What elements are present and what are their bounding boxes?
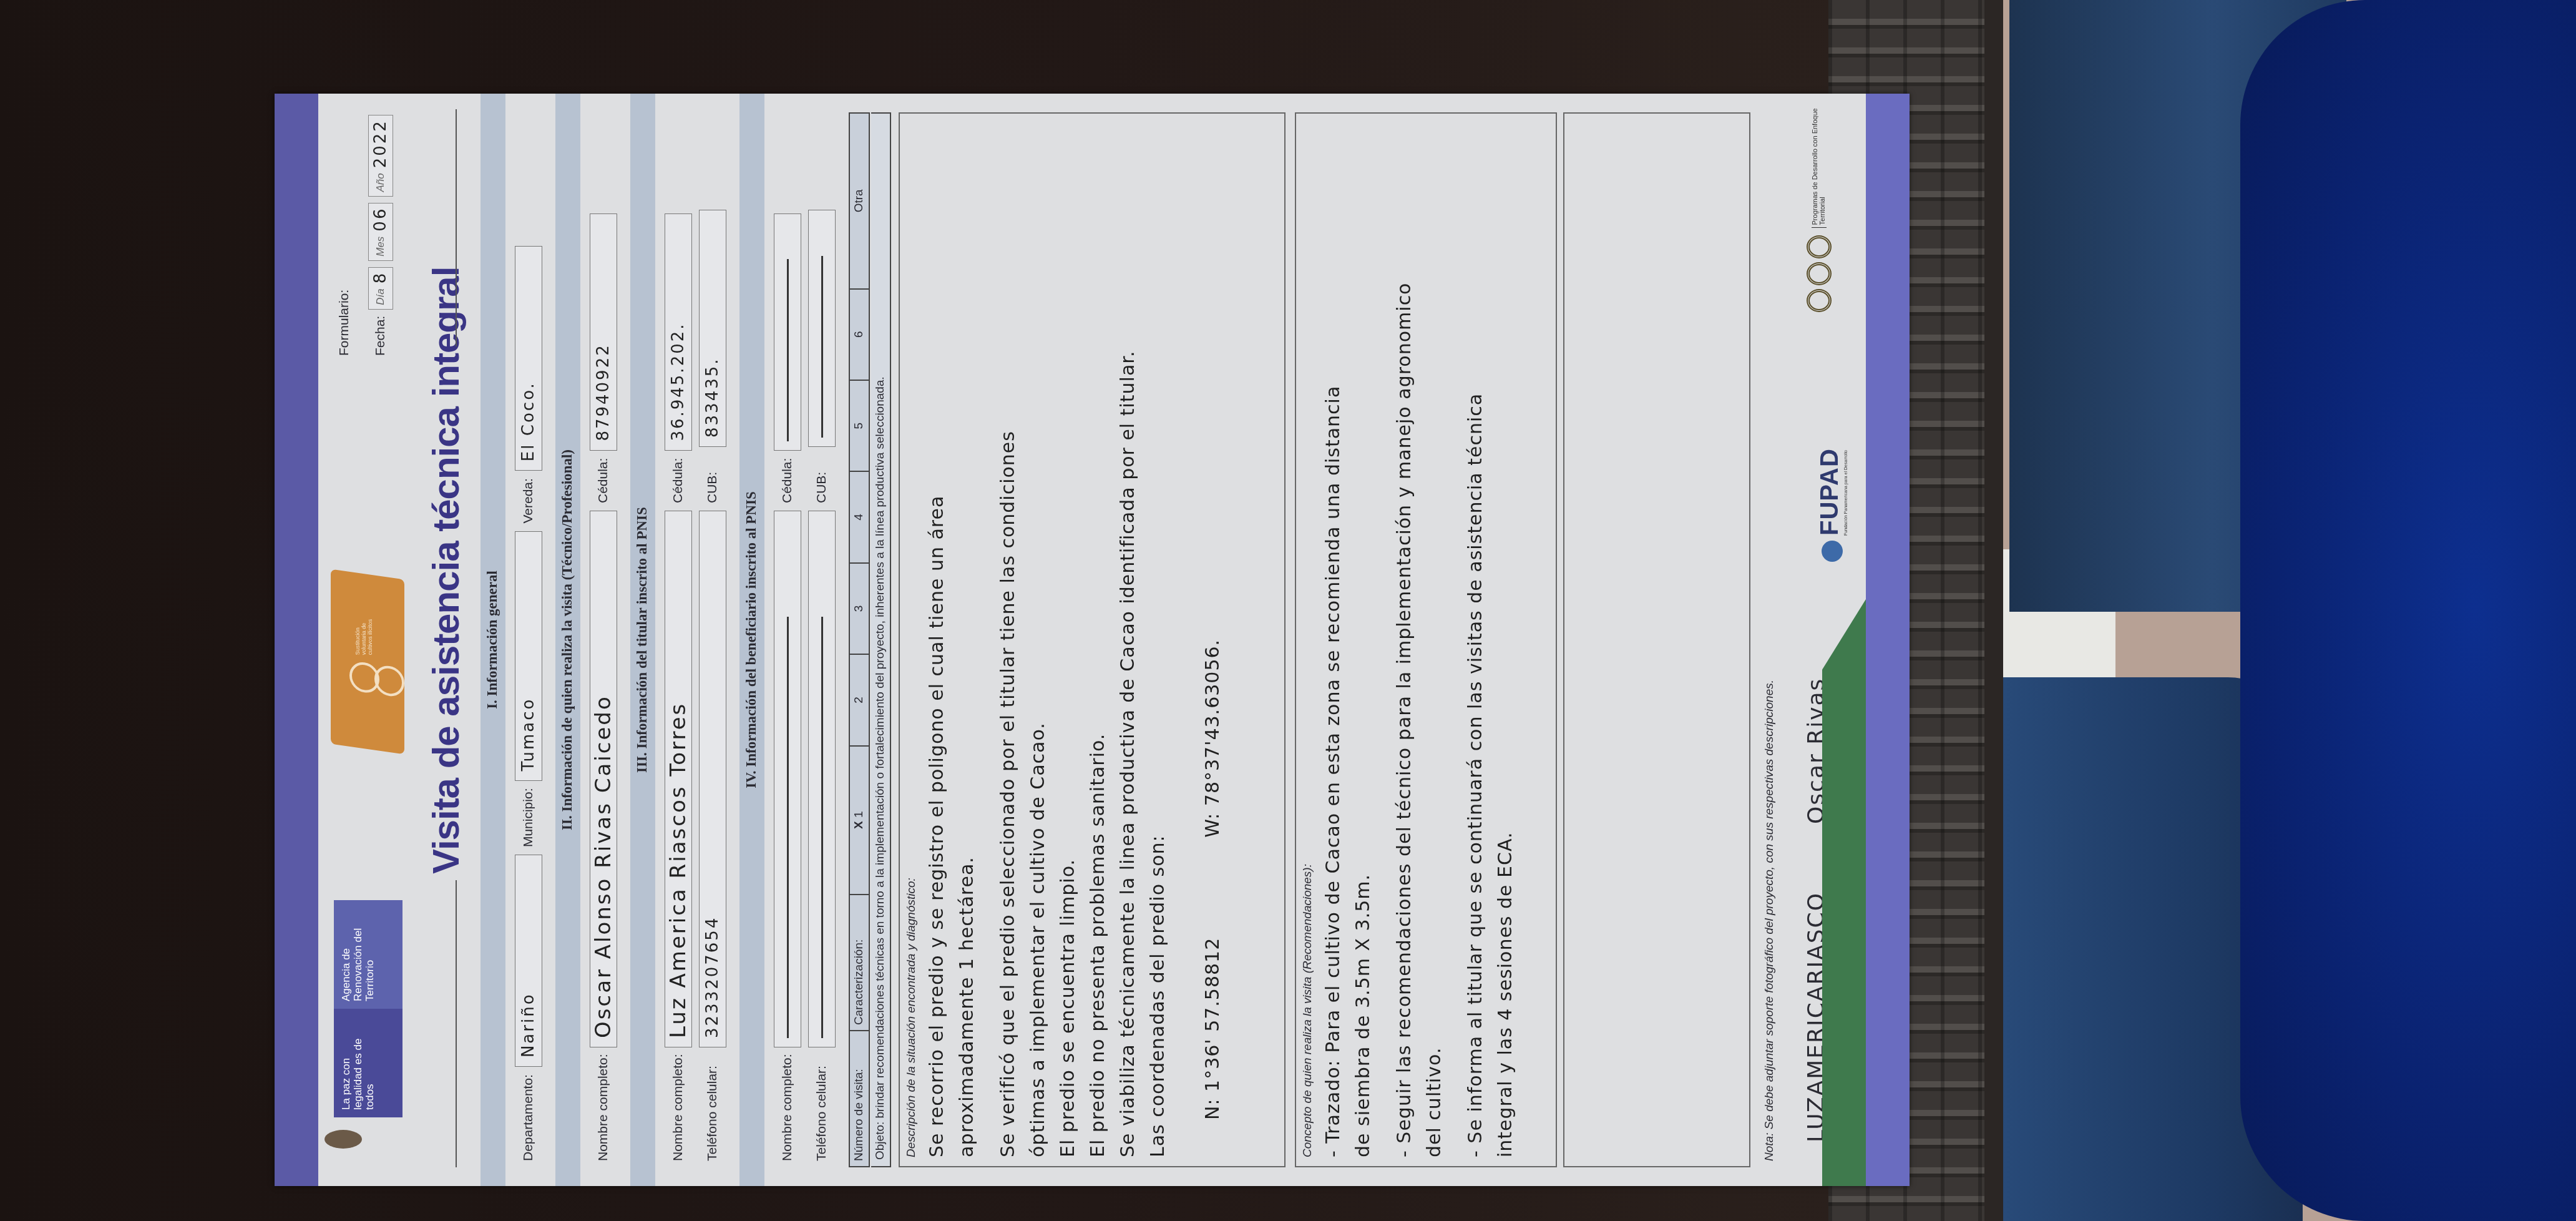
caracterizacion-label: Caracterización: <box>849 895 869 1031</box>
visit-option-6[interactable]: 6 <box>849 289 869 380</box>
descripcion-line: Se viabiliza técnicamente la linea produ… <box>1113 122 1143 1157</box>
pdet-label: Programas de Desarrollo con Enfoque Terr… <box>1812 94 1827 228</box>
tecnico-name-field[interactable]: Oscar Alonso Rivas Caicedo <box>590 511 617 1047</box>
beneficiario-phone-field[interactable] <box>808 511 836 1047</box>
concepto-line: del cultivo. <box>1420 122 1450 1157</box>
divider <box>456 109 457 346</box>
descripcion-line: Las coordenadas del predio son: <box>1143 122 1173 1157</box>
fupad-subtitle: Fundación Panamericana para el Desarroll… <box>1844 448 1848 536</box>
spiral-icon <box>1807 289 1832 312</box>
titular-phone-field[interactable]: 3233207654 <box>699 511 726 1047</box>
visit-option-4[interactable]: 4 <box>849 471 869 562</box>
descripcion-line: El predio no presenta problemas sanitari… <box>1083 122 1113 1157</box>
concepto-box[interactable]: Concepto de quien realiza la visita (Rec… <box>1295 112 1557 1167</box>
municipio-label: Municipio: <box>521 788 536 848</box>
visit-option-1[interactable]: X 1 <box>849 746 869 895</box>
descripcion-caption: Descripción de la situación encontrada y… <box>905 122 919 1157</box>
concepto-line: - Trazado: Para el cultivo de Cacao en e… <box>1319 122 1349 1157</box>
descripcion-line: El predio se encuentra limpio. <box>1053 122 1083 1157</box>
vereda-field[interactable]: El Coco. <box>515 246 542 471</box>
beneficiario-cub-field[interactable] <box>808 210 836 447</box>
spiral-icon <box>1807 235 1832 258</box>
purple-footer-band <box>1866 94 1910 1186</box>
beneficiario-cedula-field[interactable] <box>774 213 801 451</box>
beneficiario-name-field[interactable] <box>774 511 801 1047</box>
descripcion-line: Se recorrio el predio y se registro el p… <box>922 122 952 1157</box>
visit-option-3[interactable]: 3 <box>849 563 869 654</box>
coordinates: N: 1°36' 57.58812 W: 78°37'43.63056. <box>1198 122 1228 1157</box>
cedula-label: Cédula: <box>596 458 611 503</box>
tecnico-cedula-field[interactable]: 87940922 <box>590 213 617 451</box>
coord-north: N: 1°36' 57.58812 <box>1198 938 1228 1120</box>
concepto-caption: Concepto de quien realiza la visita (Rec… <box>1301 122 1315 1157</box>
day-box[interactable]: Día8 <box>368 267 393 310</box>
fecha-label: Fecha: <box>373 316 388 356</box>
crossed-out-line <box>821 617 823 1038</box>
numero-visita-label: Número de visita: <box>849 1031 869 1167</box>
titular-row-2: Teléfono celular: 3233207654 CUB: 833435… <box>699 119 726 1161</box>
crossed-out-line <box>787 259 789 441</box>
year-box[interactable]: Año2022 <box>368 115 393 196</box>
purple-header-band <box>275 94 318 1186</box>
crossed-out-line <box>821 256 823 438</box>
form-document: La paz con legalidad es de todos Agencia… <box>275 94 1910 1186</box>
titular-cub-field[interactable]: 833435. <box>699 210 726 447</box>
departamento-field[interactable]: Nariño <box>515 855 542 1067</box>
section-4-title: IV. Información del beneficiario inscrit… <box>743 94 759 1186</box>
concepto-line: integral y las 4 sesiones de ECA. <box>1491 122 1521 1157</box>
descripcion-line: óptimas a implementar el cultivo de Caca… <box>1023 122 1053 1157</box>
section-1-title: I. Información general <box>484 94 500 1186</box>
descripcion-line: aproximadamente 1 hectárea. <box>952 122 982 1157</box>
titular-cedula-field[interactable]: 36.945.202. <box>665 213 692 451</box>
cedula-label: Cédula: <box>671 458 686 503</box>
section-2-title: II. Información de quien realiza la visi… <box>559 94 575 1186</box>
year-value: 2022 <box>371 119 390 168</box>
month-box[interactable]: Mes06 <box>368 203 393 261</box>
section-3-title: III. Información del titular inscrito al… <box>634 94 650 1186</box>
photo-support-box[interactable] <box>1563 112 1750 1167</box>
visit-option-5[interactable]: 5 <box>849 380 869 471</box>
month-label: Mes <box>374 237 387 257</box>
municipio-field[interactable]: Tumaco <box>515 531 542 781</box>
date-field: Fecha: Día8 Mes06 Año2022 <box>368 115 393 356</box>
visit-number-table: Número de visita: Caracterización: X 1 2… <box>849 112 870 1167</box>
pnis-label: Sustitución voluntaria de cultivos ilíci… <box>354 605 373 655</box>
visit-option-label: 1 <box>852 812 866 818</box>
concepto-line: - Se informa al titular que se continuar… <box>1461 122 1491 1157</box>
paper-sheet: La paz con legalidad es de todos Agencia… <box>275 94 1910 1186</box>
year-label: Año <box>374 173 387 192</box>
visit-option-2[interactable]: 2 <box>849 654 869 745</box>
formulario-label: Formulario: <box>337 290 352 356</box>
spiral-icon <box>1807 262 1832 285</box>
titular-name-field[interactable]: Luz America Riascos Torres <box>665 511 692 1047</box>
descripcion-box[interactable]: Descripción de la situación encontrada y… <box>899 112 1286 1167</box>
concepto-line: - Seguir las recomendaciones del técnico… <box>1390 122 1420 1157</box>
gov-slogan: La paz con legalidad es de todos <box>334 1009 402 1117</box>
departamento-label: Departamento: <box>521 1074 536 1161</box>
tecnico-row: Nombre completo: Oscar Alonso Rivas Caic… <box>590 119 617 1161</box>
telefono-label: Teléfono celular: <box>705 1055 720 1161</box>
objeto-text: Objeto: brindar recomendaciones técnicas… <box>871 112 891 1167</box>
crossed-out-line <box>787 617 789 1038</box>
telefono-label: Teléfono celular: <box>814 1055 829 1161</box>
cub-label: CUB: <box>814 454 829 503</box>
pdet-logo: Programas de Desarrollo con Enfoque Terr… <box>1807 94 1832 312</box>
beneficiario-row-2: Teléfono celular: CUB: <box>808 119 836 1161</box>
globe-icon <box>1822 541 1843 562</box>
month-value: 06 <box>371 207 390 232</box>
divider <box>456 880 457 1167</box>
concepto-line: de siembra de 3.5m X 3.5m. <box>1349 122 1378 1157</box>
chair-frame <box>1984 0 2003 1221</box>
visit-option-otra[interactable]: Otra <box>849 113 869 289</box>
vereda-label: Vereda: <box>521 478 536 523</box>
fupad-name: FUPAD <box>1816 448 1844 536</box>
pnis-logo: Sustitución voluntaria de cultivos ilíci… <box>331 569 404 755</box>
art-logo: La paz con legalidad es de todos Agencia… <box>334 900 402 1117</box>
government-shield-icon <box>324 1130 362 1149</box>
beneficiario-row-1: Nombre completo: Cédula: <box>774 119 801 1161</box>
day-label: Día <box>374 288 387 305</box>
coord-west: W: 78°37'43.63056. <box>1198 639 1228 838</box>
fupad-logo: FUPAD Fundación Panamericana para el Des… <box>1816 448 1848 562</box>
blue-shirt <box>2240 0 2576 1221</box>
day-value: 8 <box>371 272 390 284</box>
cub-label: CUB: <box>705 454 720 503</box>
nombre-label: Nombre completo: <box>596 1055 611 1161</box>
nombre-label: Nombre completo: <box>780 1055 795 1161</box>
nombre-label: Nombre completo: <box>671 1055 686 1161</box>
cedula-label: Cédula: <box>780 458 795 503</box>
agency-name: Agencia de Renovación del Territorio <box>334 900 402 1009</box>
selected-mark: X <box>852 821 866 829</box>
general-info-row: Departamento: Nariño Municipio: Tumaco V… <box>515 119 542 1161</box>
green-footer-band <box>1822 599 1866 1186</box>
descripcion-line: Se verificó que el predio seleccionado p… <box>993 122 1023 1157</box>
spiral-icon <box>374 664 404 699</box>
titular-row-1: Nombre completo: Luz America Riascos Tor… <box>665 119 692 1161</box>
form-title: Visita de asistencia técnica integral <box>424 267 467 874</box>
nota-text: Nota: Se debe adjuntar soporte fotográfi… <box>1763 680 1777 1161</box>
